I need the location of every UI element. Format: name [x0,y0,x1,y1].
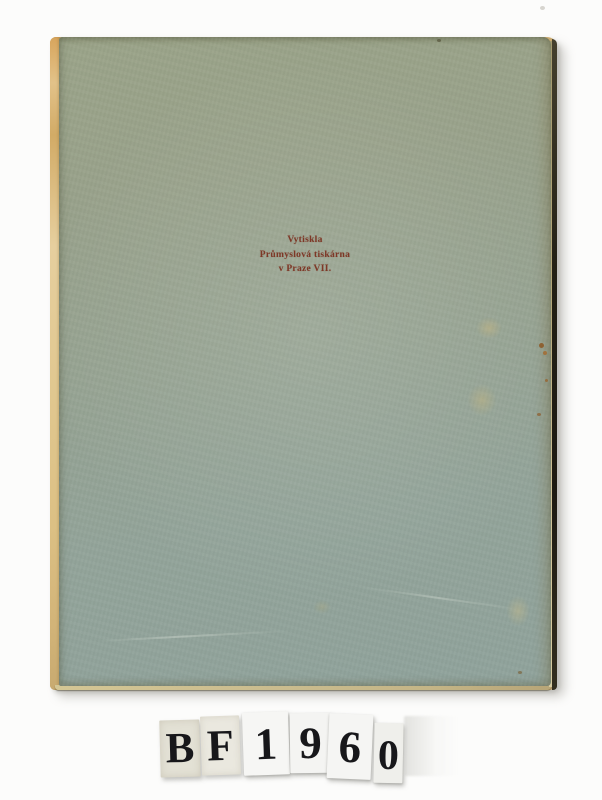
tile-character: B [165,724,195,774]
background-speck [540,6,545,10]
imprint-line-2: Průmyslová tiskárna [59,248,551,263]
imprint-line-3: v Praze VII. [59,262,551,277]
book-back-cover: Vytiskla Průmyslová tiskárna v Praze VII… [50,37,557,690]
catalog-tile: 0 [373,723,403,784]
foxing-speck [539,343,544,348]
printer-imprint: Vytiskla Průmyslová tiskárna v Praze VII… [59,233,551,277]
imprint-line-1: Vytiskla [59,233,551,248]
foxing-speck [537,413,541,416]
foxing-speck [437,39,441,42]
tile-character: 6 [338,720,363,773]
catalog-tile: 1 [242,711,290,776]
tile-character: F [206,720,235,772]
cover-paper: Vytiskla Průmyslová tiskárna v Praze VII… [59,37,551,686]
photograph: Vytiskla Průmyslová tiskárna v Praze VII… [0,0,602,800]
paper-crease [99,630,289,642]
catalog-tile: F [200,715,241,775]
catalog-tile: 6 [327,713,374,780]
paper-crease [360,586,519,610]
foxing-speck [543,351,547,355]
foxing-speck [545,379,548,382]
cover-stains [59,37,551,686]
tile-character: 0 [377,732,399,780]
tile-character: 9 [299,717,322,769]
tile-character: 1 [254,717,278,770]
catalog-tile: 9 [290,713,332,773]
paper-grain-texture [59,37,551,686]
book-right-edge-shadow [552,39,557,690]
tile-cast-shadow [404,716,458,776]
foxing-speck [518,671,522,674]
catalog-tile: B [159,719,200,777]
